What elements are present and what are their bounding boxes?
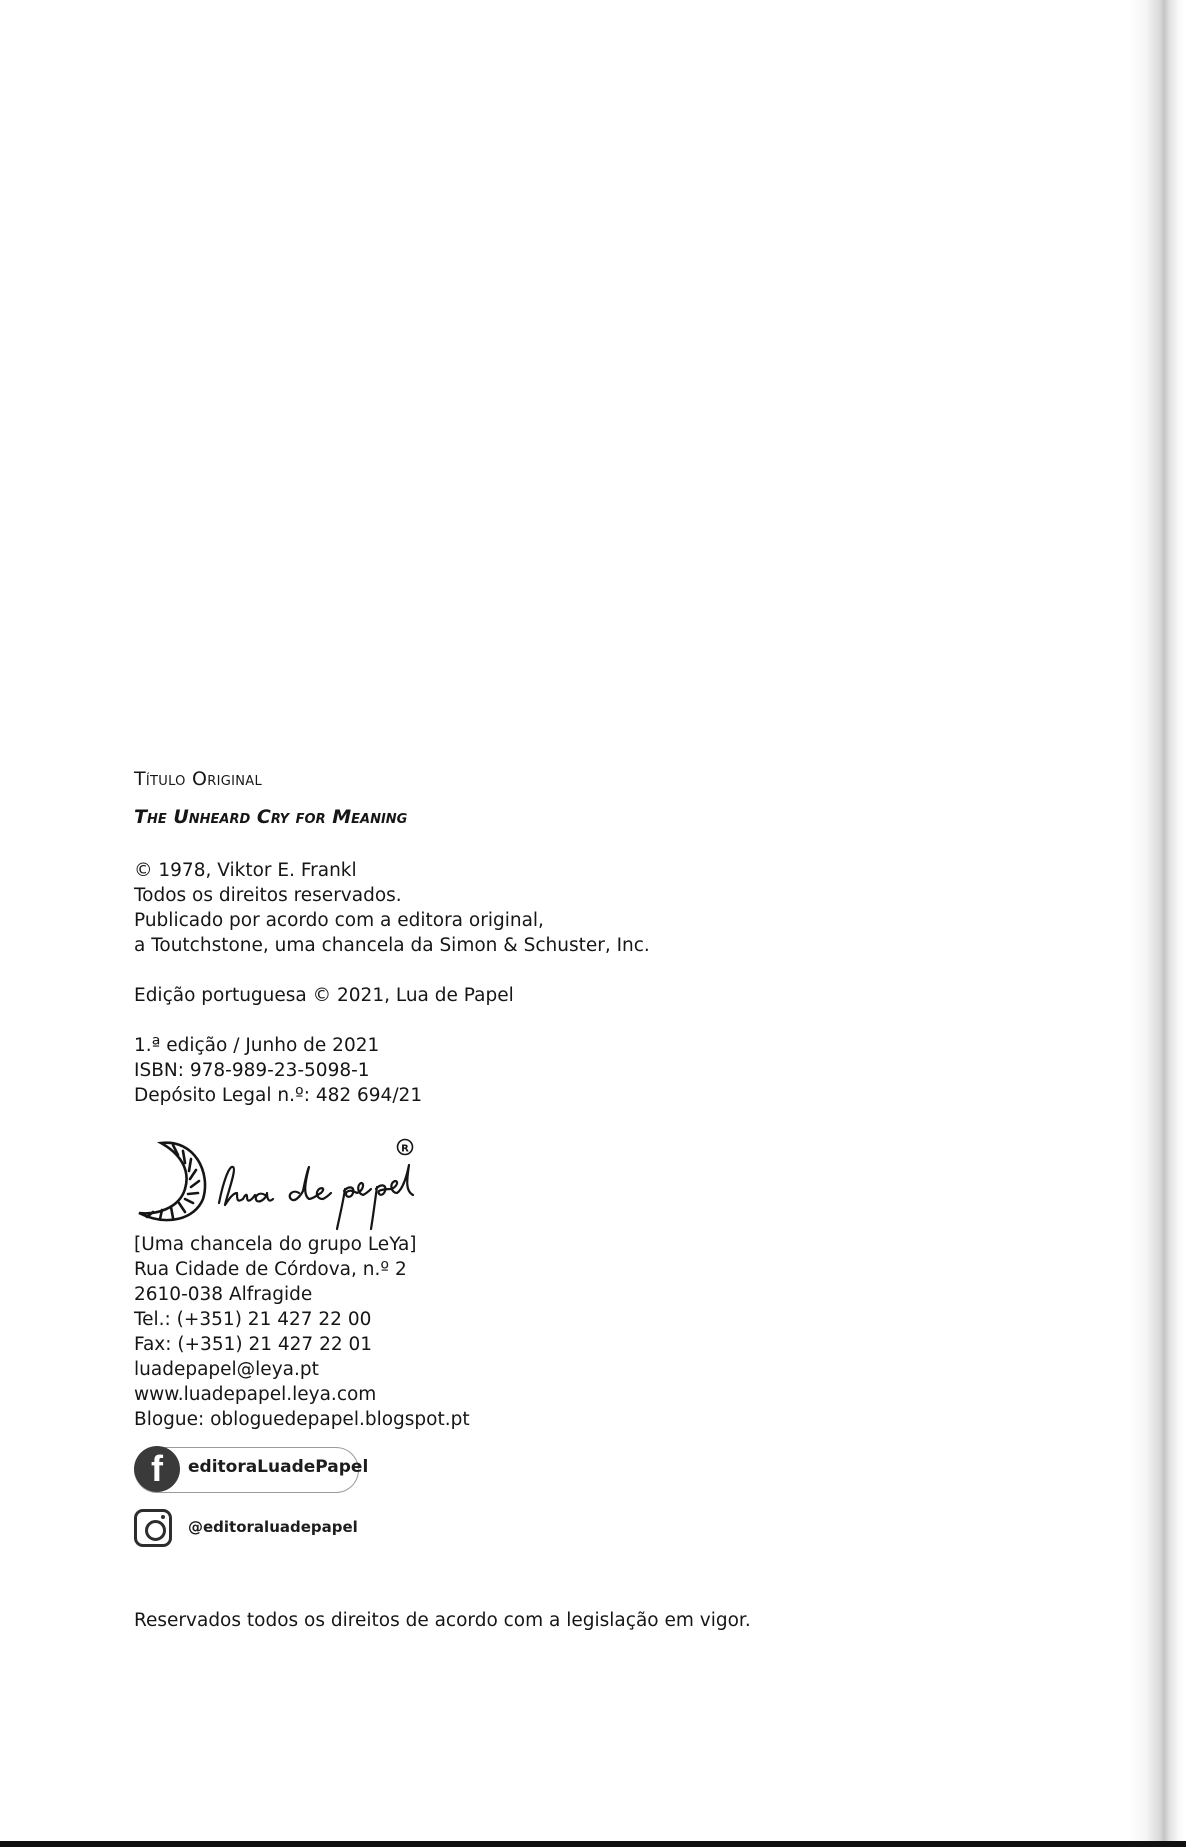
instagram-handle: @editoraluadepapel — [188, 1518, 358, 1536]
copyright-line: a Toutchstone, uma chancela da Simon & S… — [134, 933, 650, 958]
rights-note: Reservados todos os direitos de acordo c… — [134, 1610, 751, 1631]
instagram-icon — [134, 1509, 172, 1547]
phone-line: Tel.: (+351) 21 427 22 00 — [134, 1307, 470, 1332]
website-line: www.luadepapel.leya.com — [134, 1382, 470, 1407]
fax-line: Fax: (+351) 21 427 22 01 — [134, 1332, 470, 1357]
copyright-block: © 1978, Viktor E. Frankl Todos os direit… — [134, 858, 650, 958]
isbn-line: ISBN: 978-989-23-5098-1 — [134, 1058, 422, 1083]
copyright-line: © 1978, Viktor E. Frankl — [134, 858, 650, 883]
svg-text:R: R — [401, 1144, 409, 1155]
publisher-contact-block: [Uma chancela do grupo LeYa] Rua Cidade … — [134, 1232, 470, 1432]
legal-deposit-line: Depósito Legal n.º: 482 694/21 — [134, 1083, 422, 1108]
original-title-label: Título Original — [134, 768, 262, 790]
publisher-logo: R — [133, 1133, 423, 1233]
address-line: Rua Cidade de Córdova, n.º 2 — [134, 1257, 470, 1282]
copyright-line: Todos os direitos reservados. — [134, 883, 650, 908]
facebook-icon: f — [134, 1446, 180, 1492]
email-line: luadepapel@leya.pt — [134, 1357, 470, 1382]
original-title: The Unheard Cry for Meaning — [134, 806, 407, 828]
crescent-moon-icon: R — [133, 1133, 423, 1233]
portuguese-edition-text: Edição portuguesa © 2021, Lua de Papel — [134, 983, 514, 1008]
group-line: [Uma chancela do grupo LeYa] — [134, 1232, 470, 1257]
blog-line: Blogue: obloguedepapel.blogspot.pt — [134, 1407, 470, 1432]
copyright-line: Publicado por acordo com a editora origi… — [134, 908, 650, 933]
instagram-lens-icon — [145, 1520, 166, 1541]
edition-info-block: 1.ª edição / Junho de 2021 ISBN: 978-989… — [134, 1033, 422, 1108]
facebook-handle: editoraLuadePapel — [188, 1457, 368, 1477]
scan-edge — [0, 1841, 1186, 1847]
page-gutter-shadow — [1128, 0, 1186, 1847]
instagram-dot-icon — [161, 1515, 165, 1519]
edition-line: 1.ª edição / Junho de 2021 — [134, 1033, 422, 1058]
portuguese-edition: Edição portuguesa © 2021, Lua de Papel — [134, 983, 514, 1008]
postal-code-line: 2610-038 Alfragide — [134, 1282, 470, 1307]
